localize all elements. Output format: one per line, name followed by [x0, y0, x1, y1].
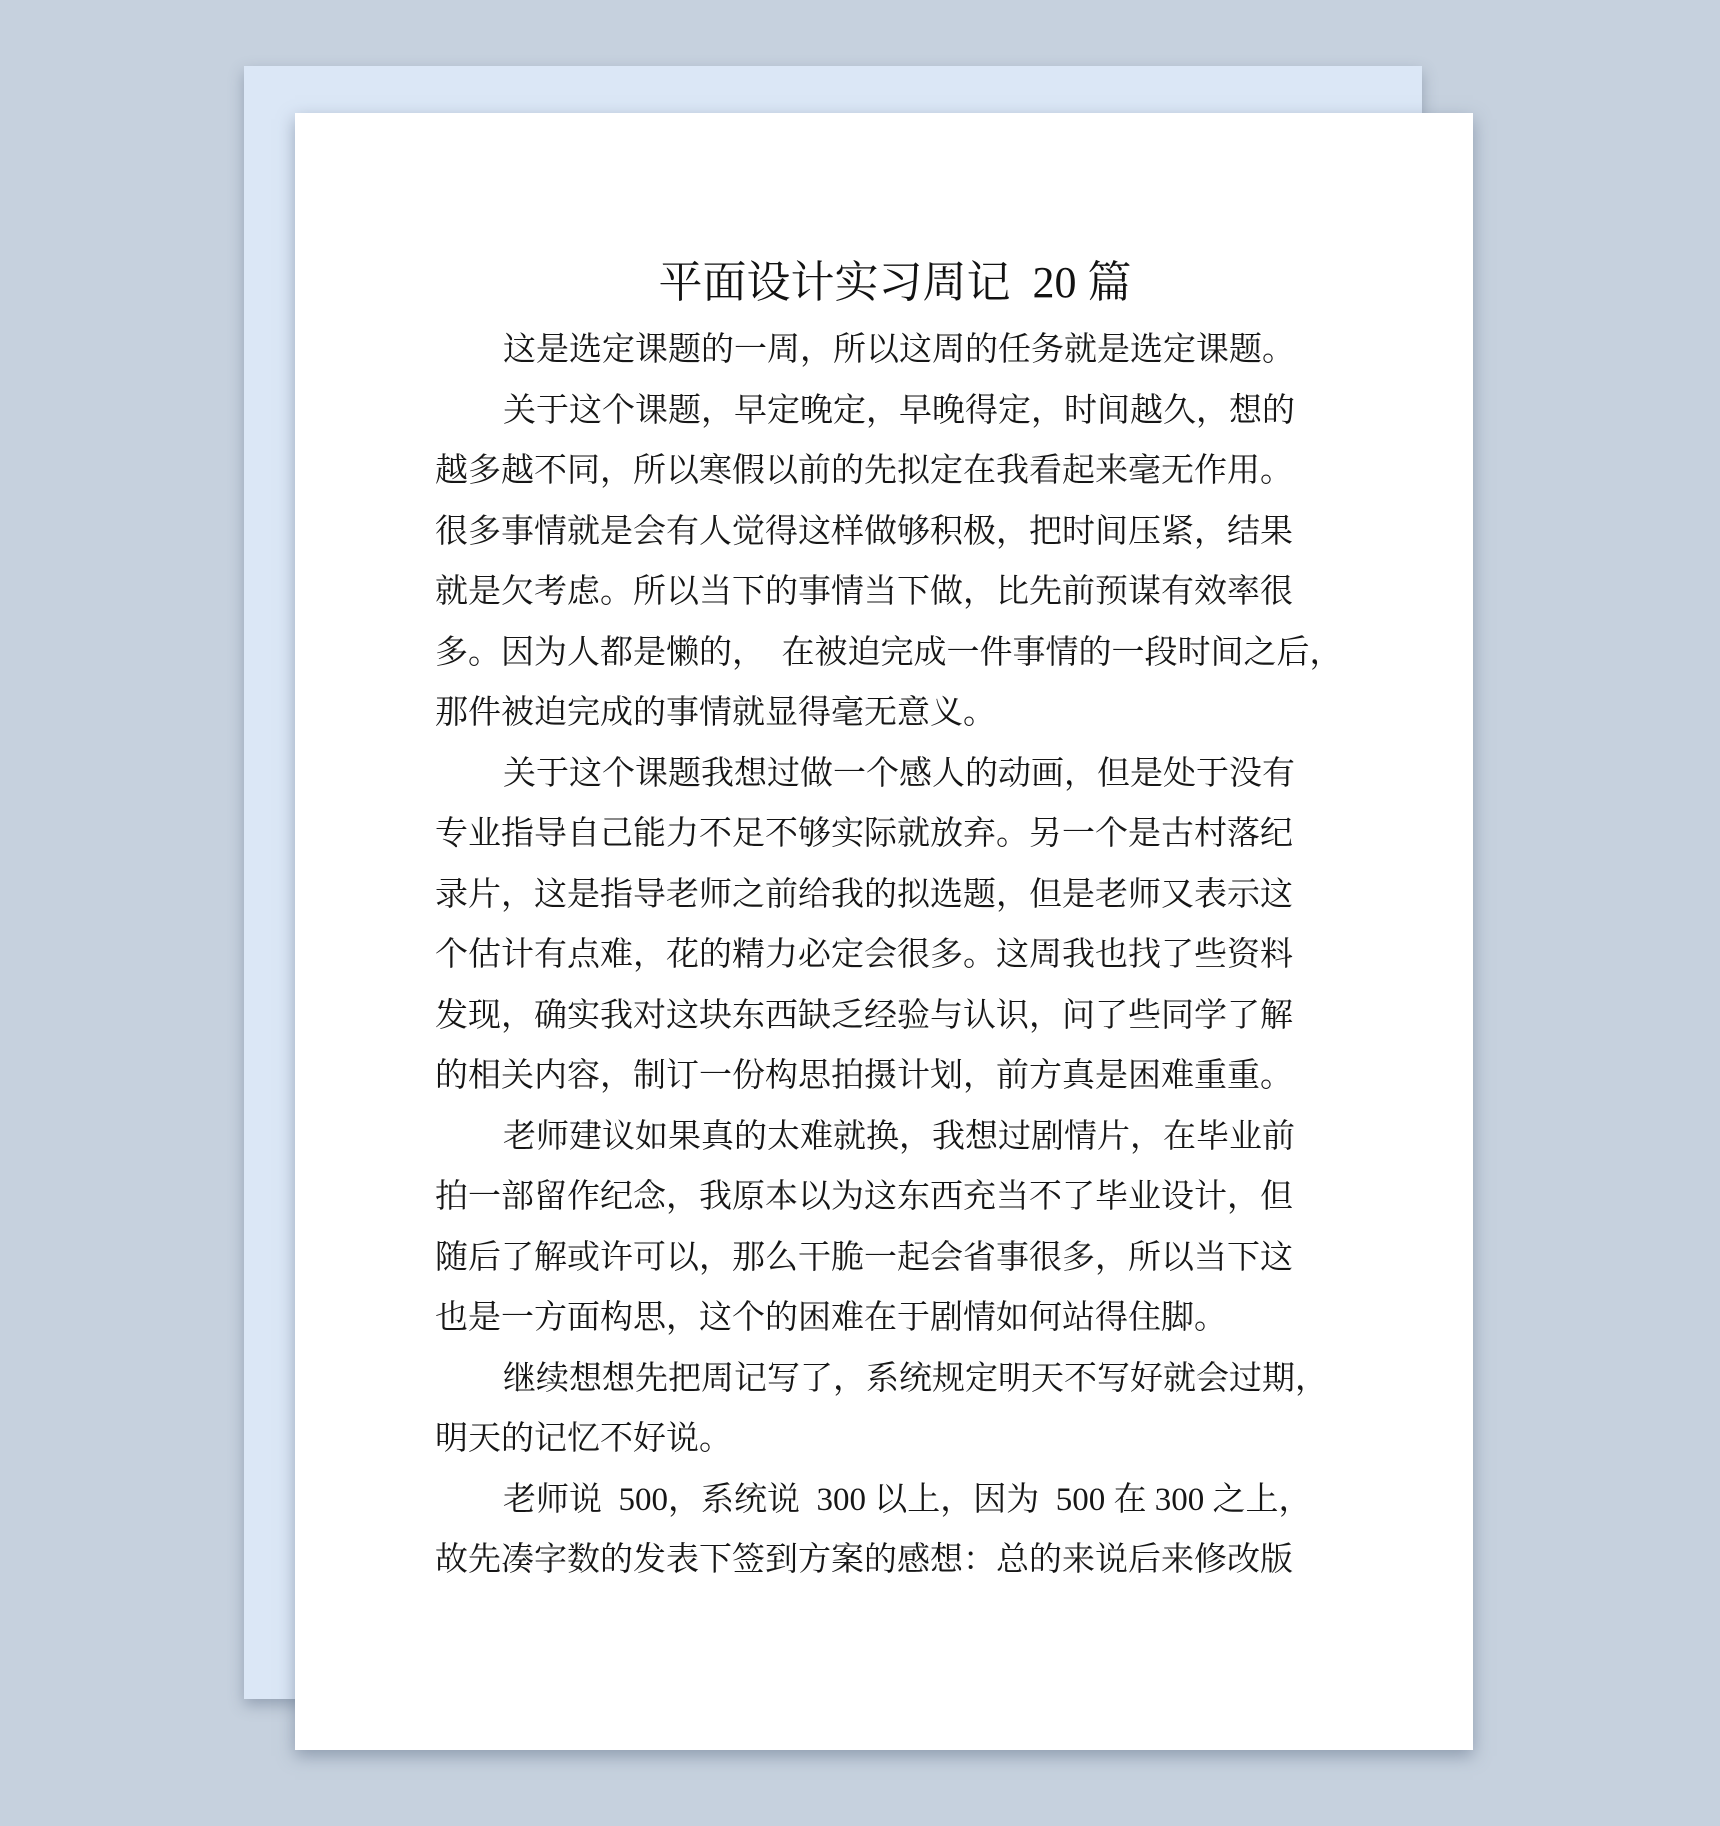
text-line: 越多越不同，所以寒假以前的先拟定在我看起来毫无作用。	[435, 441, 1355, 502]
text-line: 老师说 500，系统说 300 以上，因为 500 在 300 之上，	[435, 1470, 1355, 1531]
text-line: 明天的记忆不好说。	[435, 1409, 1355, 1470]
text-line: 也是一方面构思，这个的困难在于剧情如何站得住脚。	[435, 1288, 1355, 1349]
text-line: 很多事情就是会有人觉得这样做够积极，把时间压紧，结果	[435, 502, 1355, 563]
text-line: 随后了解或许可以，那么干脆一起会省事很多，所以当下这	[435, 1228, 1355, 1289]
page-title: 平面设计实习周记 20 篇	[435, 251, 1355, 315]
text-line: 这是选定课题的一周，所以这周的任务就是选定课题。	[435, 320, 1355, 381]
document-page: 平面设计实习周记 20 篇 这是选定课题的一周，所以这周的任务就是选定课题。 关…	[295, 113, 1473, 1750]
text-line: 就是欠考虑。所以当下的事情当下做，比先前预谋有效率很	[435, 562, 1355, 623]
text-line: 拍一部留作纪念，我原本以为这东西充当不了毕业设计，但	[435, 1167, 1355, 1228]
text-line: 专业指导自己能力不足不够实际就放弃。另一个是古村落纪	[435, 804, 1355, 865]
text-line: 继续想想先把周记写了，系统规定明天不写好就会过期，	[435, 1349, 1355, 1410]
text-line: 关于这个课题我想过做一个感人的动画，但是处于没有	[435, 744, 1355, 805]
text-line: 发现，确实我对这块东西缺乏经验与认识，问了些同学了解	[435, 986, 1355, 1047]
text-line: 老师建议如果真的太难就换，我想过剧情片，在毕业前	[435, 1107, 1355, 1168]
text-line: 多。因为人都是懒的， 在被迫完成一件事情的一段时间之后，	[435, 623, 1355, 684]
text-line: 关于这个课题，早定晚定，早晚得定，时间越久，想的	[435, 381, 1355, 442]
text-line: 那件被迫完成的事情就显得毫无意义。	[435, 683, 1355, 744]
text-line: 故先凑字数的发表下签到方案的感想：总的来说后来修改版	[435, 1530, 1355, 1591]
text-line: 的相关内容，制订一份构思拍摄计划，前方真是困难重重。	[435, 1046, 1355, 1107]
document-body: 这是选定课题的一周，所以这周的任务就是选定课题。 关于这个课题，早定晚定，早晚得…	[435, 320, 1355, 1591]
text-line: 个估计有点难，花的精力必定会很多。这周我也找了些资料	[435, 925, 1355, 986]
text-line: 录片，这是指导老师之前给我的拟选题，但是老师又表示这	[435, 865, 1355, 926]
